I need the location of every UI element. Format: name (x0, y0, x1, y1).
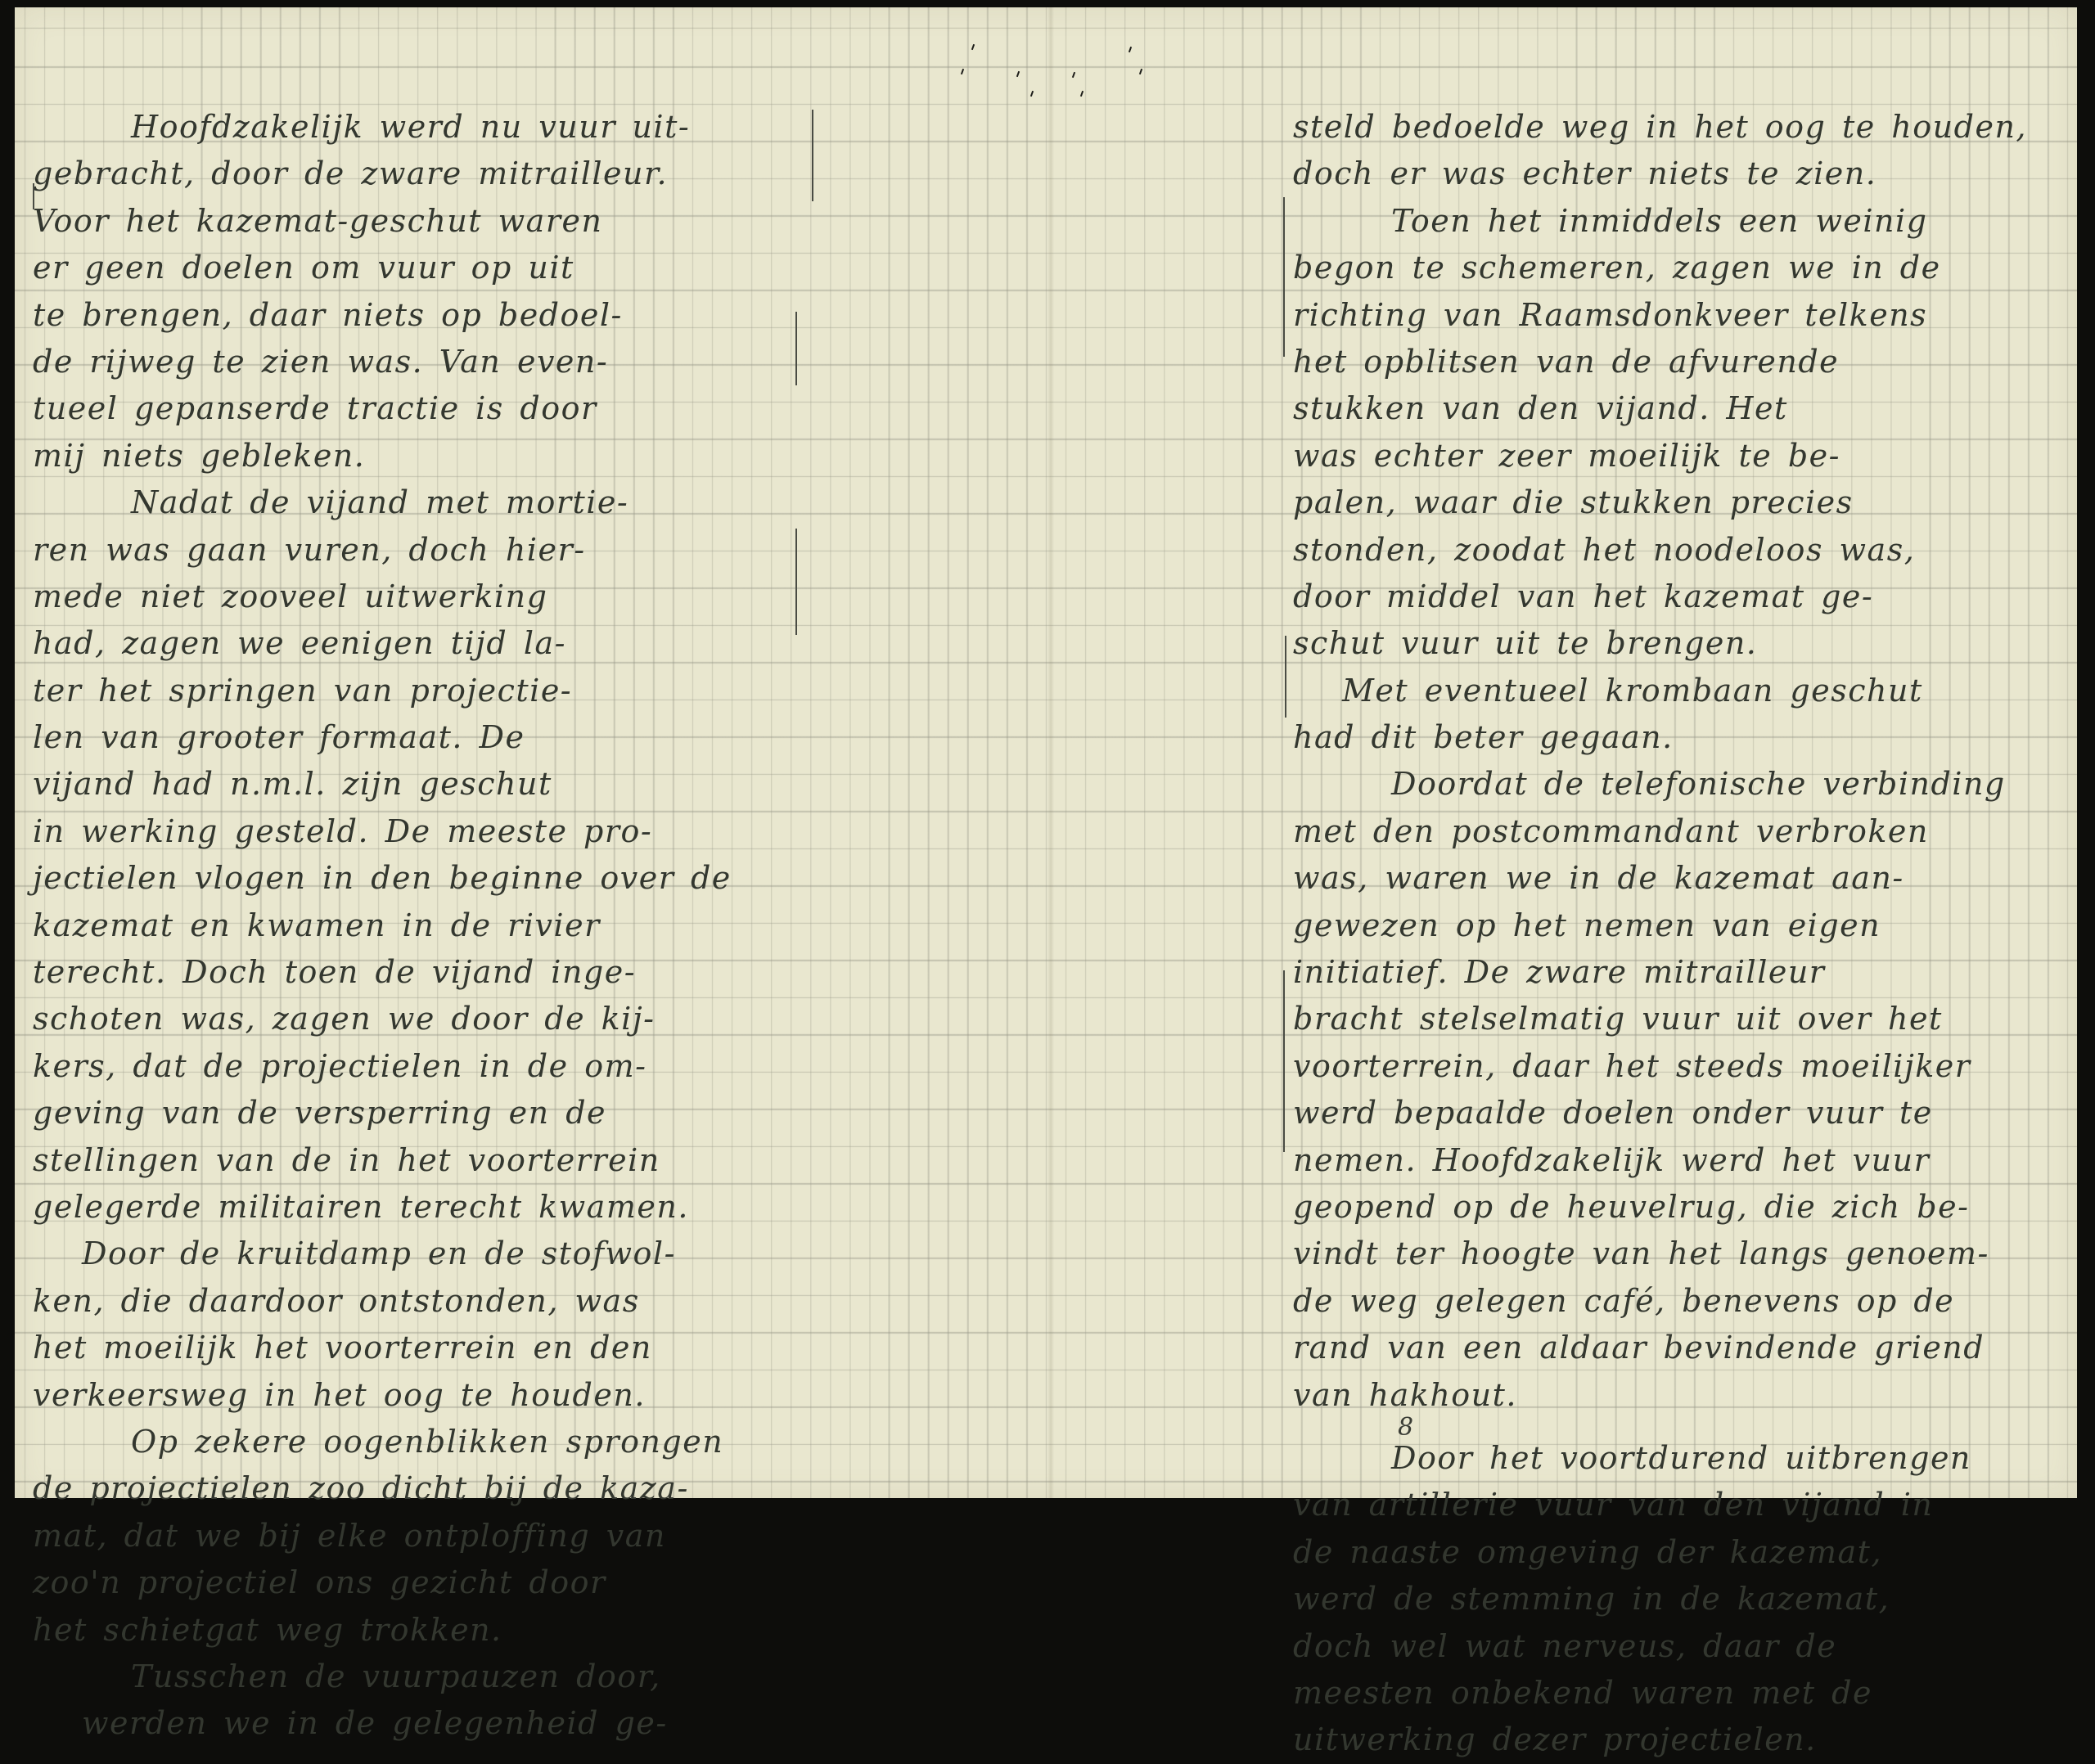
margin-mark (812, 110, 813, 201)
text-line: was echter zeer moeilijk te be- (1293, 433, 2087, 479)
text-line: begon te schemeren, zagen we in de (1293, 245, 2087, 291)
manuscript-sheet: Hoofdzakelijk werd nu vuur uit- gebracht… (15, 7, 2077, 1498)
text-line: het opblitsen van de afvurende (1293, 339, 2087, 385)
margin-mark (1285, 636, 1286, 718)
text-line: gewezen op het nemen van eigen (1293, 902, 2087, 949)
text-line: Door het voortdurend uitbrengen (1293, 1435, 2087, 1482)
text-line: van artillerie vuur van den vijand in (1293, 1482, 2087, 1506)
text-line: te brengen, daar niets op bedoel- (33, 292, 835, 339)
text-line: verkeersweg in het oog te houden. (33, 1372, 835, 1419)
center-fold (1047, 7, 1054, 1498)
text-line: in werking gesteld. De meeste pro- (33, 808, 835, 855)
right-page: steld bedoelde weg in het oog te houden,… (1293, 104, 2087, 1506)
text-line: schoten was, zagen we door de kij- (33, 996, 835, 1042)
text-line: de projectielen zoo dicht bij de kaza- (33, 1465, 835, 1506)
text-line: geving van de versperring en de (33, 1090, 835, 1136)
text-line: terecht. Doch toen de vijand inge- (33, 949, 835, 996)
text-line: tueel gepanserde tractie is door (33, 385, 835, 432)
text-line: Toen het inmiddels een weinig (1293, 198, 2087, 245)
margin-mark (795, 529, 797, 635)
margin-mark (33, 183, 34, 209)
text-line: stonden, zoodat het noodeloos was, (1293, 527, 2087, 574)
text-line: jectielen vlogen in den beginne over de (33, 855, 835, 902)
text-line: Voor het kazemat-geschut waren (33, 198, 835, 245)
text-line: len van grooter formaat. De (33, 714, 835, 761)
text-line: voorterrein, daar het steeds moeilijker (1293, 1043, 2087, 1090)
text-line: ter het springen van projectie- (33, 668, 835, 714)
text-line: was, waren we in de kazemat aan- (1293, 855, 2087, 902)
left-page: Hoofdzakelijk werd nu vuur uit- gebracht… (33, 104, 835, 1506)
text-line: doch er was echter niets te zien. (1293, 151, 2087, 197)
text-line: gelegerde militairen terecht kwamen. (33, 1184, 835, 1231)
page-number: 8 (1398, 1413, 1413, 1442)
text-line: het moeilijk het voorterrein en den (33, 1325, 835, 1371)
text-line: vindt ter hoogte van het langs genoem- (1293, 1231, 2087, 1277)
text-line: steld bedoelde weg in het oog te houden, (1293, 104, 2087, 151)
text-line: door middel van het kazemat ge- (1293, 574, 2087, 620)
text-line: ken, die daardoor ontstonden, was (33, 1278, 835, 1325)
text-line: stellingen van de in het voorterrein (33, 1137, 835, 1184)
text-line: er geen doelen om vuur op uit (33, 245, 835, 291)
text-line: gebracht, door de zware mitrailleur. (33, 151, 835, 197)
text-line: Doordat de telefonische verbinding (1293, 761, 2087, 808)
margin-mark (1283, 197, 1285, 357)
text-line: initiatief. De zware mitrailleur (1293, 949, 2087, 996)
text-line: richting van Raamsdonkveer telkens (1293, 292, 2087, 339)
text-line: van hakhout. (1293, 1372, 2087, 1419)
margin-mark (1283, 970, 1285, 1152)
text-line: de weg gelegen café, benevens op de (1293, 1278, 2087, 1325)
text-line: Nadat de vijand met mortie- (33, 479, 835, 526)
text-line: bracht stelselmatig vuur uit over het (1293, 996, 2087, 1042)
text-line: mede niet zooveel uitwerking (33, 574, 835, 620)
text-line: Met eventueel krombaan geschut (1293, 668, 2087, 714)
text-line: geopend op de heuvelrug, die zich be- (1293, 1184, 2087, 1231)
text-line: palen, waar die stukken precies (1293, 479, 2087, 526)
text-line: had dit beter gegaan. (1293, 714, 2087, 761)
text-line: de rijweg te zien was. Van even- (33, 339, 835, 385)
text-line: Door de kruitdamp en de stofwol- (33, 1231, 835, 1277)
text-line: Hoofdzakelijk werd nu vuur uit- (33, 104, 835, 151)
margin-mark (795, 312, 797, 385)
text-line: nemen. Hoofdzakelijk werd het vuur (1293, 1137, 2087, 1184)
text-line: werd bepaalde doelen onder vuur te (1293, 1090, 2087, 1136)
text-line: ren was gaan vuren, doch hier- (33, 527, 835, 574)
text-line: schut vuur uit te brengen. (1293, 620, 2087, 667)
text-line: had, zagen we eenigen tijd la- (33, 620, 835, 667)
text-line: mij niets gebleken. (33, 433, 835, 479)
text-line: met den postcommandant verbroken (1293, 808, 2087, 855)
text-line: stukken van den vijand. Het (1293, 385, 2087, 432)
text-line: vijand had n.m.l. zijn geschut (33, 761, 835, 808)
text-line: rand van een aldaar bevindende griend (1293, 1325, 2087, 1371)
text-line: Op zekere oogenblikken sprongen (33, 1419, 835, 1465)
text-line: kazemat en kwamen in de rivier (33, 902, 835, 949)
text-line: kers, dat de projectielen in de om- (33, 1043, 835, 1090)
